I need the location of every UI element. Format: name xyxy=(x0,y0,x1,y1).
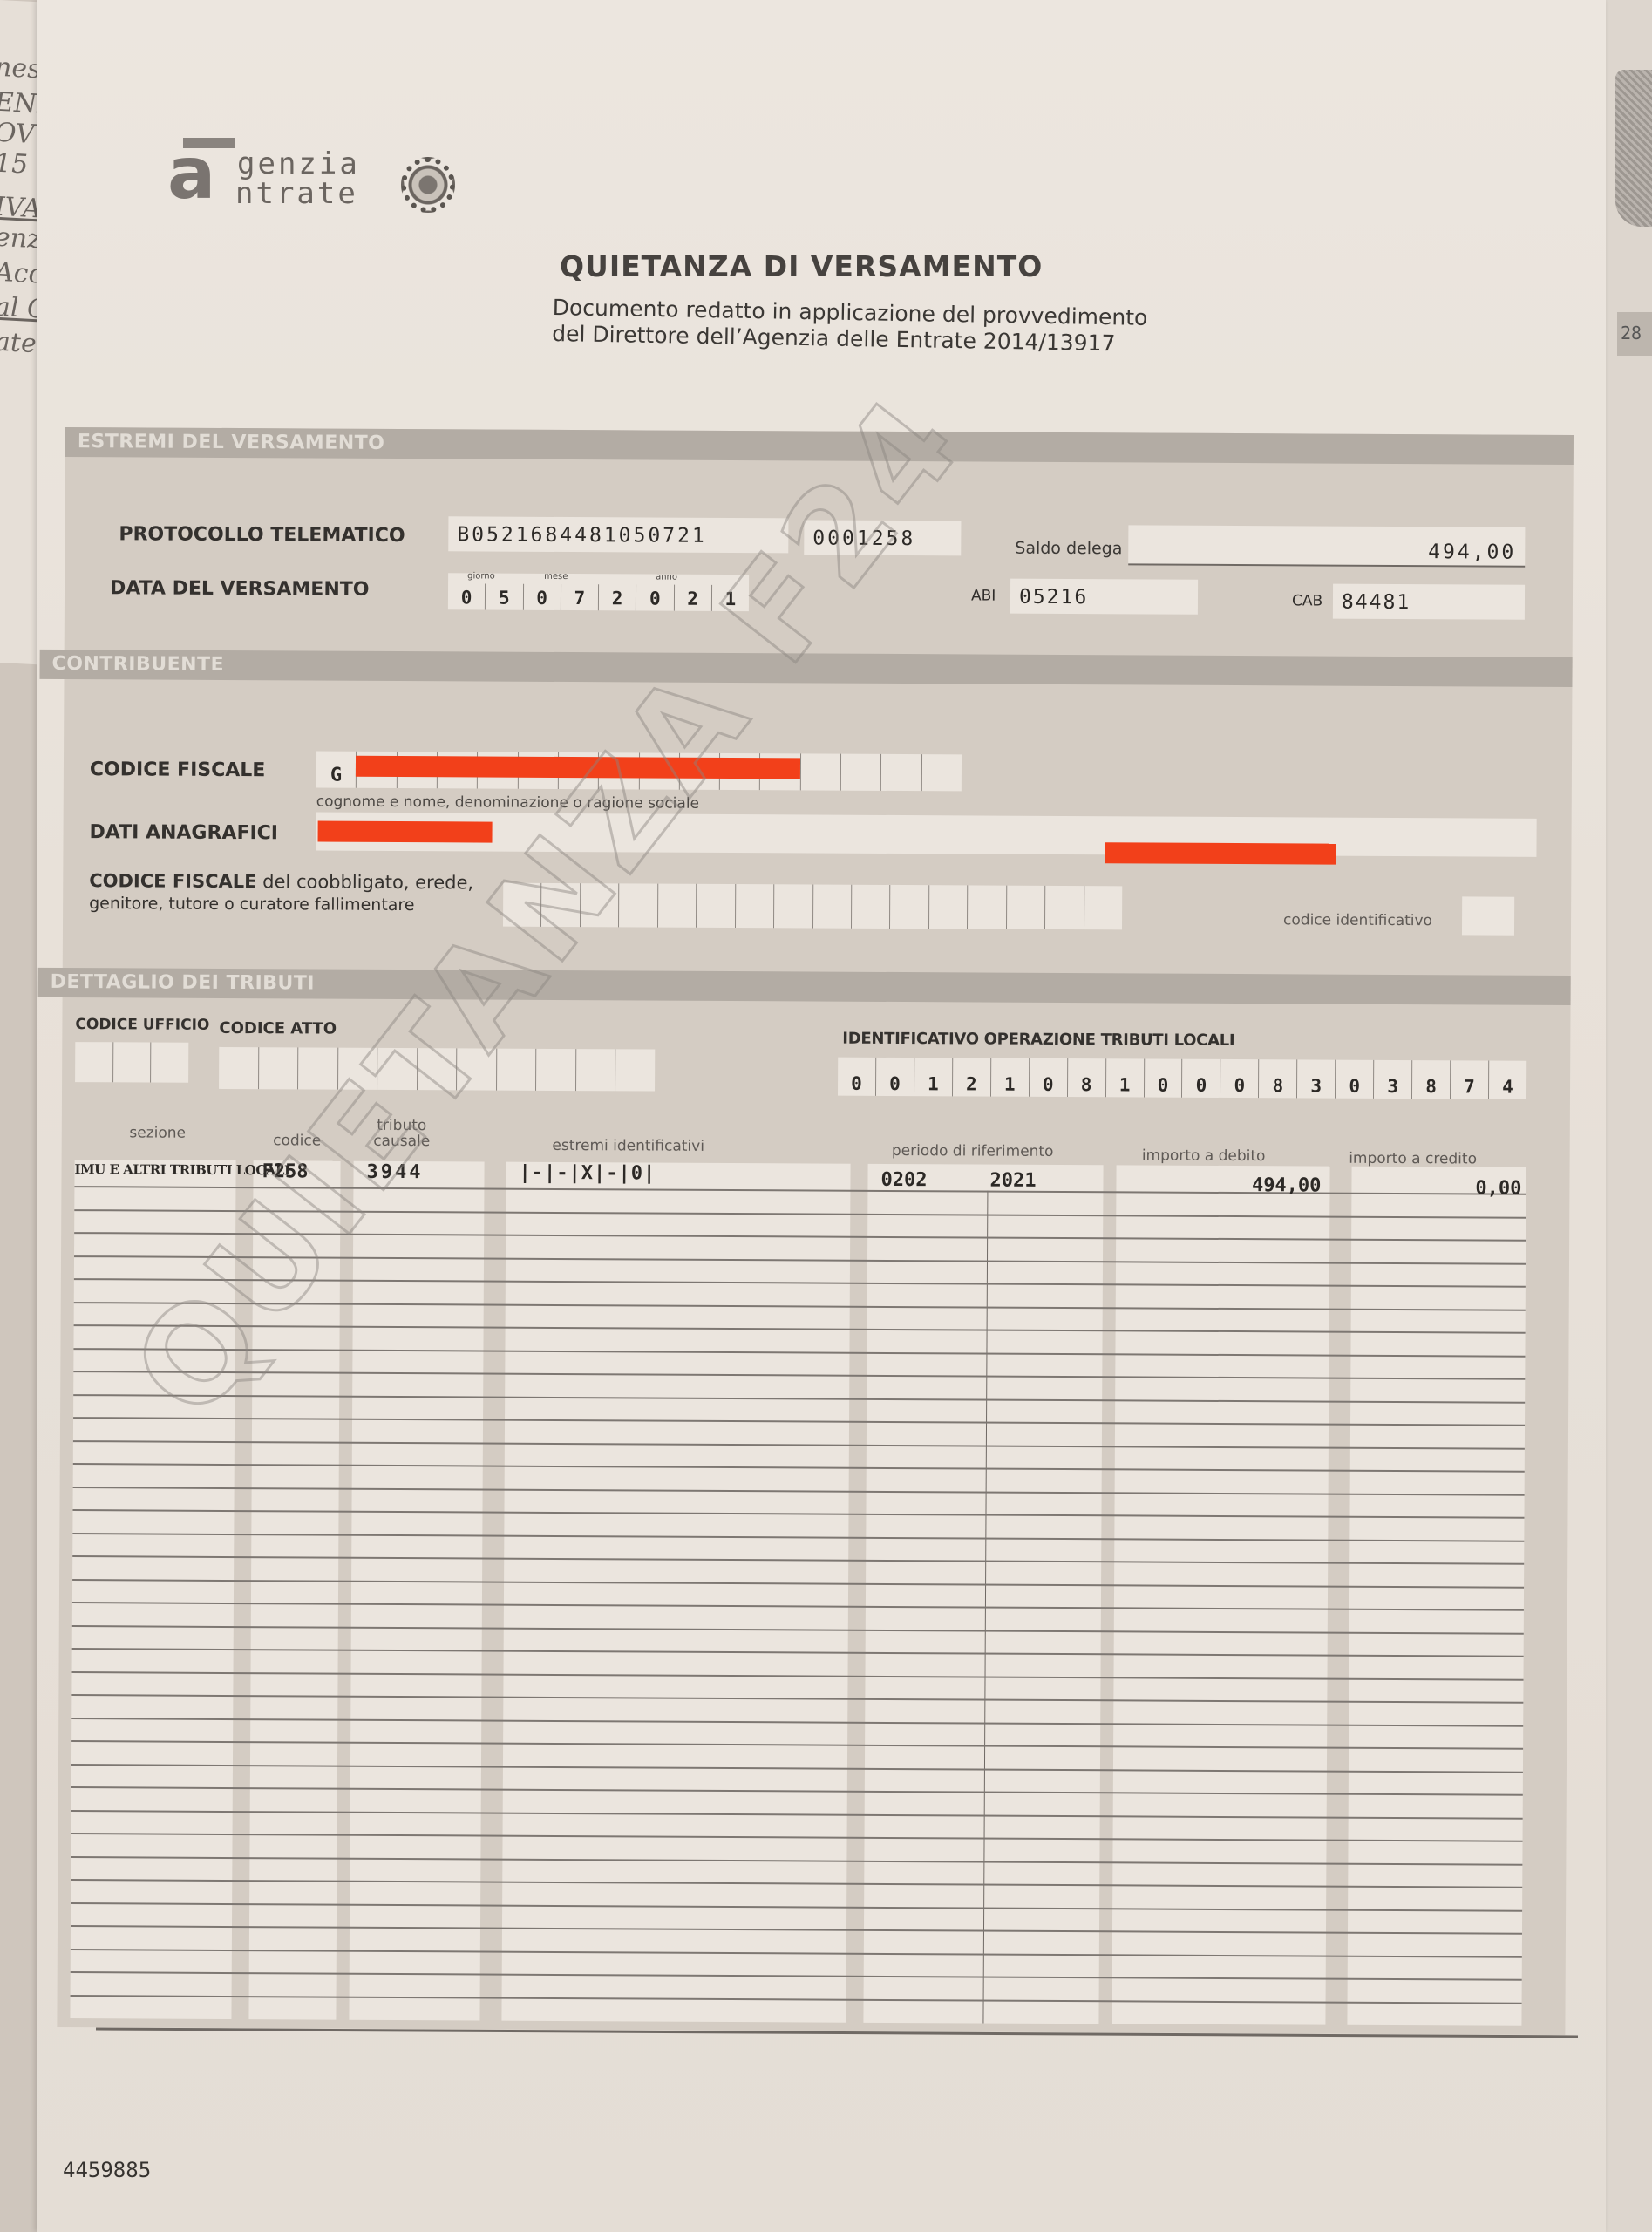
row-sezione: IMU E ALTRI TRIBUTI LOCALI xyxy=(74,1161,289,1178)
codice-ufficio-label: CODICE UFFICIO xyxy=(75,1016,209,1034)
coobbligato-label-line2: genitore, tutore o curatore fallimentare xyxy=(89,894,415,915)
row-causale: 3944 xyxy=(366,1161,423,1183)
coobbligato-label: CODICE FISCALE del coobbligato, erede, xyxy=(89,870,473,893)
id-digit: 3 xyxy=(1373,1060,1411,1099)
id-digit: 0 xyxy=(1143,1058,1181,1097)
date-digit: 0 xyxy=(448,583,485,609)
republic-emblem-icon xyxy=(401,157,455,213)
protocollo-progressivo-field: 0001258 xyxy=(804,520,961,555)
document-subtitle: Documento redatto in applicazione del pr… xyxy=(552,295,1148,357)
id-digit: 1 xyxy=(990,1058,1029,1097)
logo-word-2: ntrate xyxy=(235,176,358,211)
id-digit: 0 xyxy=(1220,1059,1258,1098)
saldo-field: 494,00 xyxy=(1128,525,1525,567)
id-digit: 2 xyxy=(952,1058,990,1096)
data-versamento-label: DATA DEL VERSAMENTO xyxy=(110,577,370,601)
id-digit: 8 xyxy=(1411,1060,1450,1099)
sheet-fragment: IVA xyxy=(0,192,41,225)
col-estremi: estremi identificativi xyxy=(498,1138,759,1155)
redaction-bar-name xyxy=(318,821,493,843)
id-digit: 0 xyxy=(1335,1060,1373,1099)
col-periodo: periodo di riferimento xyxy=(855,1143,1091,1160)
row-estremi: |-|-|X|-|0| xyxy=(519,1162,656,1185)
date-digit: 0 xyxy=(636,584,673,610)
id-digit: 8 xyxy=(1258,1059,1296,1098)
codice-atto-label: CODICE ATTO xyxy=(219,1019,337,1038)
redaction-bar-birthplace xyxy=(1105,842,1336,864)
id-digit: 3 xyxy=(1296,1059,1335,1098)
section-tributi-header: DETTAGLIO DEI TRIBUTI xyxy=(38,968,1571,1005)
date-digit: 0 xyxy=(522,584,560,610)
id-digit: 0 xyxy=(1181,1059,1220,1098)
codice-ufficio-field xyxy=(75,1042,188,1083)
codice-fiscale-char: G xyxy=(316,752,357,788)
data-versamento-field: giorno mese anno 0 5 0 7 2 0 2 1 xyxy=(448,573,749,611)
date-digit: 2 xyxy=(673,585,710,611)
cognome-hint: cognome e nome, denominazione o ragione … xyxy=(316,793,699,813)
id-digit: 1 xyxy=(914,1058,952,1096)
date-digit: 2 xyxy=(598,584,636,610)
date-digit: 1 xyxy=(711,585,749,611)
cab-label: CAB xyxy=(1292,592,1322,609)
row-credito: 0,00 xyxy=(1356,1177,1521,1200)
id-digit: 0 xyxy=(1029,1058,1067,1097)
payment-form: ESTREMI DEL VERSAMENTO PROTOCOLLO TELEMA… xyxy=(57,427,1574,2035)
id-digit: 8 xyxy=(1067,1058,1105,1097)
coobbligato-label-rest: del coobbligato, erede, xyxy=(256,871,473,893)
id-digit: 0 xyxy=(838,1058,875,1096)
codice-ufficio-cells xyxy=(75,1042,188,1083)
codice-atto-cells xyxy=(219,1047,655,1092)
row-debito: 494,00 xyxy=(1120,1174,1321,1196)
codice-identificativo-label: codice identificativo xyxy=(1283,911,1432,929)
dati-anagrafici-label: DATI ANAGRAFICI xyxy=(90,821,279,844)
col-codice: codice xyxy=(254,1133,341,1149)
protocollo-label: PROTOCOLLO TELEMATICO xyxy=(119,523,405,547)
document-title: QUIETANZA DI VERSAMENTO xyxy=(560,249,1043,283)
id-operazione-label: IDENTIFICATIVO OPERAZIONE TRIBUTI LOCALI xyxy=(842,1030,1234,1050)
col-debito: importo a debito xyxy=(1108,1147,1300,1164)
mese-sublabel: mese xyxy=(544,572,568,582)
codice-atto-field xyxy=(219,1047,655,1092)
id-digit: 0 xyxy=(875,1058,914,1096)
abi-label: ABI xyxy=(971,587,996,604)
protocollo-field: B0521684481050721 xyxy=(448,516,788,553)
row-codice: F258 xyxy=(262,1160,308,1182)
dati-anagrafici-field xyxy=(316,813,1536,857)
agenzia-entrate-logo: a genzia ntrate xyxy=(167,138,455,216)
col-credito: importo a credito xyxy=(1317,1151,1509,1167)
saldo-label: Saldo delega xyxy=(1015,539,1122,559)
date-digit: 7 xyxy=(561,584,598,610)
id-digit: 4 xyxy=(1488,1061,1526,1099)
cab-field: 84481 xyxy=(1333,584,1525,620)
col-tributo-causale: tributo causale xyxy=(350,1118,454,1150)
coobbligato-label-bold: CODICE FISCALE xyxy=(89,870,256,892)
footer-number: 4459885 xyxy=(63,2158,151,2182)
logo-letter: a xyxy=(167,139,233,209)
crest-icon xyxy=(1615,70,1652,227)
row-periodo-mese: 0202 xyxy=(880,1169,927,1191)
col-sezione: sezione xyxy=(75,1125,241,1141)
coobbligato-cells xyxy=(503,883,1122,930)
anno-sublabel: anno xyxy=(656,573,677,582)
codice-fiscale-label: CODICE FISCALE xyxy=(90,759,266,781)
sheet-fragment: 28 xyxy=(1617,312,1652,356)
id-digit: 7 xyxy=(1450,1060,1488,1099)
giorno-sublabel: giorno xyxy=(467,571,495,581)
row-periodo-anno: 2021 xyxy=(989,1170,1036,1192)
date-digit: 5 xyxy=(485,584,522,610)
id-operazione-cells: 0 0 1 2 1 0 8 1 0 0 0 8 3 0 3 8 7 4 xyxy=(838,1058,1526,1099)
sheet-fragment: ate xyxy=(0,327,37,360)
redaction-bar-codice-fiscale xyxy=(356,756,800,779)
section-contribuente-header: CONTRIBUENTE xyxy=(39,650,1572,687)
coobbligato-field xyxy=(503,883,1122,930)
id-operazione-field: 0 0 1 2 1 0 8 1 0 0 0 8 3 0 3 8 7 4 xyxy=(838,1058,1526,1099)
id-digit: 1 xyxy=(1105,1058,1144,1097)
tributi-table: IMU E ALTRI TRIBUTI LOCALI F258 3944 |-|… xyxy=(70,1160,1526,2026)
abi-field: 05216 xyxy=(1010,579,1198,615)
codice-identificativo-field xyxy=(1462,896,1514,935)
